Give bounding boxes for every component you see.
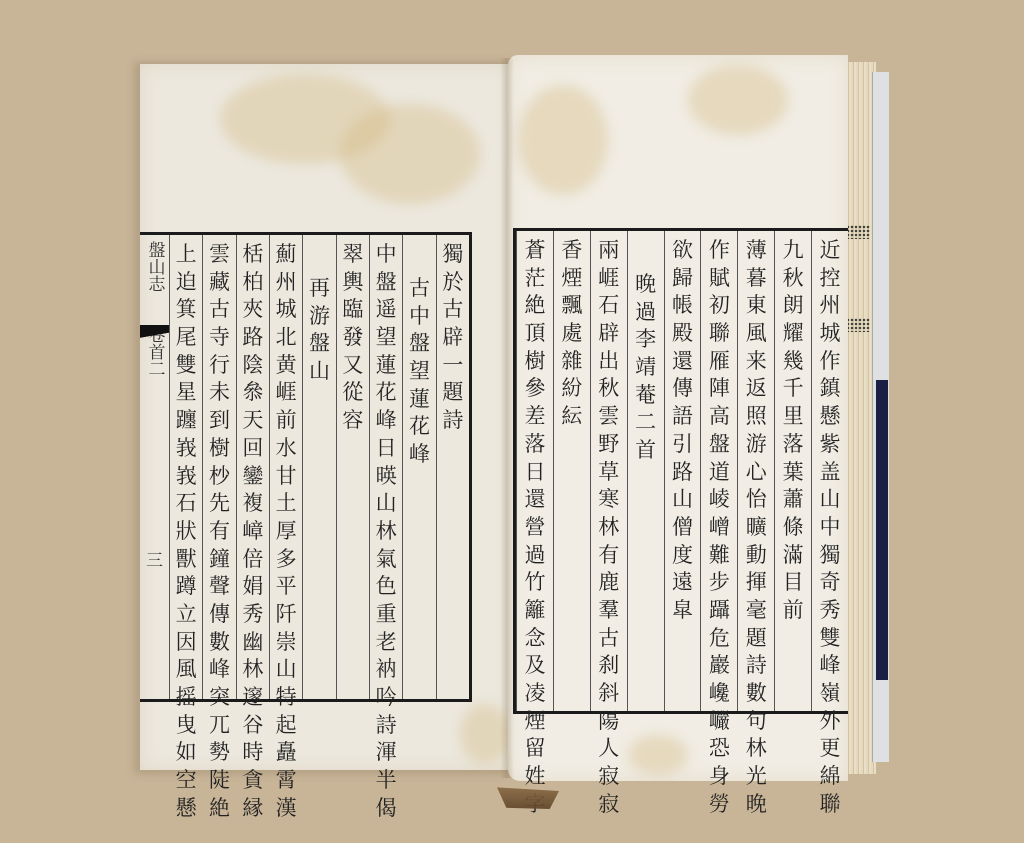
text-column: 兩崕石辟出秋雲野草寒林有鹿羣古刹斜陽人寂寂	[590, 231, 627, 711]
glyph: 絶	[203, 795, 235, 823]
glyph: 鑾	[237, 463, 269, 491]
glyph: 林	[591, 514, 627, 542]
glyph: 路	[665, 459, 701, 487]
glyph: 里	[775, 403, 811, 431]
glyph: 因	[170, 629, 202, 657]
glyph: 蓮	[403, 386, 435, 414]
glyph: 及	[517, 652, 553, 680]
glyph: 陣	[701, 375, 737, 403]
glyph: 日	[370, 435, 402, 463]
glyph: 身	[701, 763, 737, 791]
glyph: 作	[701, 237, 737, 265]
glyph: 草	[591, 459, 627, 487]
glyph: 漢	[270, 795, 302, 823]
glyph: 前	[775, 597, 811, 625]
glyph: 還	[517, 486, 553, 514]
glyph: 一	[437, 352, 469, 380]
glyph: 僧	[665, 514, 701, 542]
glyph: 古	[203, 296, 235, 324]
glyph: 詩	[738, 652, 774, 680]
glyph: 頂	[517, 320, 553, 348]
glyph: 詩	[370, 712, 402, 740]
glyph: 蕭	[775, 486, 811, 514]
glyph: 立	[170, 601, 202, 629]
glyph: 山	[665, 486, 701, 514]
glyph: 高	[701, 403, 737, 431]
glyph: 參	[517, 375, 553, 403]
left-text-frame: 盤山志 卷首二 三 獨於古辟一題詩古中盤望蓮花峰中盤遥望蓮花峰日暎山林氣色重老衲…	[140, 232, 472, 702]
glyph: 千	[775, 375, 811, 403]
glyph: 嶂	[237, 518, 269, 546]
glyph: 時	[237, 739, 269, 767]
glyph: 樹	[517, 348, 553, 376]
glyph: 縁	[237, 795, 269, 823]
glyph: 叅	[237, 379, 269, 407]
glyph: 歸	[665, 265, 701, 293]
glyph: 滿	[775, 542, 811, 570]
glyph: 秋	[591, 375, 627, 403]
glyph: 盤	[701, 431, 737, 459]
glyph: 二	[628, 409, 664, 437]
glyph: 怡	[738, 486, 774, 514]
glyph: 幾	[775, 348, 811, 376]
glyph: 凌	[517, 680, 553, 708]
glyph: 暮	[738, 265, 774, 293]
glyph: 人	[591, 735, 627, 763]
glyph: 崕	[591, 265, 627, 293]
glyph: 外	[812, 708, 848, 736]
glyph: 薊	[270, 241, 302, 269]
text-column: 古中盤望蓮花峰	[402, 235, 435, 699]
glyph: 辟	[591, 320, 627, 348]
glyph: 寂	[591, 791, 627, 819]
glyph: 紜	[554, 403, 590, 431]
glyph: 差	[517, 403, 553, 431]
glyph: 吟	[370, 684, 402, 712]
glyph: 有	[203, 518, 235, 546]
glyph: 九	[775, 237, 811, 265]
fishtail-mark	[140, 325, 169, 343]
glyph: 多	[270, 546, 302, 574]
glyph: 葉	[775, 459, 811, 487]
glyph: 雁	[701, 348, 737, 376]
glyph: 中	[403, 303, 435, 331]
glyph: 平	[270, 573, 302, 601]
glyph: 題	[738, 625, 774, 653]
page-number: 三	[146, 549, 163, 573]
glyph: 曠	[738, 514, 774, 542]
glyph: 陰	[237, 352, 269, 380]
glyph: 耀	[775, 320, 811, 348]
glyph: 初	[701, 292, 737, 320]
glyph: 近	[812, 237, 848, 265]
glyph: 嶒	[701, 514, 737, 542]
glyph: 州	[812, 292, 848, 320]
glyph: 恐	[701, 735, 737, 763]
glyph: 茫	[517, 265, 553, 293]
glyph: 中	[370, 241, 402, 269]
glyph: 陡	[203, 767, 235, 795]
glyph: 還	[665, 348, 701, 376]
glyph: 望	[370, 324, 402, 352]
glyph: 姓	[517, 763, 553, 791]
glyph: 鐘	[203, 546, 235, 574]
glyph: 獸	[170, 546, 202, 574]
text-column: 薊州城北黄崕前水甘土厚多平阡崇山特起矗霄漢	[269, 235, 302, 699]
glyph: 上	[170, 241, 202, 269]
glyph: 晚	[738, 791, 774, 819]
glyph: 皐	[665, 597, 701, 625]
glyph: 到	[203, 407, 235, 435]
text-column: 翠輿臨發又從容	[336, 235, 369, 699]
glyph: 半	[370, 767, 402, 795]
glyph: 翠	[337, 241, 369, 269]
glyph: 作	[812, 348, 848, 376]
glyph: 香	[554, 237, 590, 265]
glyph: 雜	[554, 348, 590, 376]
glyph: 林	[738, 735, 774, 763]
glyph: 傳	[203, 601, 235, 629]
glyph: 迫	[170, 269, 202, 297]
glyph: 土	[270, 490, 302, 518]
glyph: 有	[591, 542, 627, 570]
edge-ink-mark-fishtail	[846, 318, 870, 332]
blue-cover	[876, 380, 888, 680]
glyph: 古	[403, 275, 435, 303]
text-column: 蒼茫絶頂樹參差落日還營過竹籬念及凌煙留姓字	[516, 231, 553, 711]
glyph: 前	[270, 407, 302, 435]
glyph: 行	[203, 352, 235, 380]
glyph: 獨	[812, 542, 848, 570]
glyph: 控	[812, 265, 848, 293]
glyph: 巉	[701, 680, 737, 708]
glyph: 盤	[403, 330, 435, 358]
glyph: 巗	[701, 708, 737, 736]
glyph: 目	[775, 569, 811, 597]
glyph: 盤	[370, 269, 402, 297]
glyph: 薄	[738, 237, 774, 265]
glyph: 引	[665, 431, 701, 459]
glyph: 峰	[403, 441, 435, 469]
glyph: 偈	[370, 795, 402, 823]
glyph: 奇	[812, 569, 848, 597]
glyph: 發	[337, 324, 369, 352]
book-margin-column: 盤山志 卷首二 三	[140, 235, 169, 699]
glyph: 城	[812, 320, 848, 348]
glyph: 詩	[437, 407, 469, 435]
glyph: 秀	[237, 601, 269, 629]
text-column: 近控州城作鎮懸紫盖山中獨奇秀雙峰嶺外更綿聯	[811, 231, 848, 711]
glyph: 首	[628, 437, 664, 465]
glyph: 籬	[517, 597, 553, 625]
glyph: 東	[738, 292, 774, 320]
glyph: 山	[812, 486, 848, 514]
glyph: 晚	[628, 271, 664, 299]
glyph: 衲	[370, 656, 402, 684]
glyph: 藏	[203, 269, 235, 297]
glyph: 矗	[270, 739, 302, 767]
glyph: 菴	[628, 382, 664, 410]
glyph: 幽	[237, 629, 269, 657]
glyph: 靖	[628, 354, 664, 382]
glyph: 雲	[203, 241, 235, 269]
glyph: 勞	[701, 791, 737, 819]
glyph: 峰	[370, 407, 402, 435]
glyph: 石	[591, 292, 627, 320]
glyph: 霄	[270, 767, 302, 795]
glyph: 紫	[812, 431, 848, 459]
glyph: 帳	[665, 292, 701, 320]
glyph: 巖	[701, 652, 737, 680]
glyph: 難	[701, 542, 737, 570]
glyph: 聲	[203, 573, 235, 601]
glyph: 更	[812, 735, 848, 763]
glyph: 聯	[812, 791, 848, 819]
glyph: 倍	[237, 546, 269, 574]
glyph: 路	[237, 324, 269, 352]
glyph: 殿	[665, 320, 701, 348]
glyph: 題	[437, 379, 469, 407]
glyph: 過	[628, 299, 664, 327]
glyph: 尾	[170, 324, 202, 352]
glyph: 鹿	[591, 569, 627, 597]
glyph: 谷	[237, 712, 269, 740]
glyph: 道	[701, 459, 737, 487]
glyph: 崕	[270, 379, 302, 407]
glyph: 甘	[270, 463, 302, 491]
glyph: 返	[738, 375, 774, 403]
glyph: 回	[237, 435, 269, 463]
glyph: 數	[203, 629, 235, 657]
glyph: 突	[203, 684, 235, 712]
glyph: 刹	[591, 652, 627, 680]
text-column: 中盤遥望蓮花峰日暎山林氣色重老衲吟詩渾半偈	[369, 235, 402, 699]
glyph: 句	[738, 708, 774, 736]
text-column: 獨於古辟一題詩	[436, 235, 469, 699]
glyph: 絶	[517, 292, 553, 320]
glyph: 條	[775, 514, 811, 542]
glyph: 山	[303, 358, 335, 386]
glyph: 輿	[337, 269, 369, 297]
glyph: 懸	[812, 403, 848, 431]
glyph: 老	[370, 629, 402, 657]
glyph: 竹	[517, 569, 553, 597]
glyph: 摇	[170, 684, 202, 712]
glyph: 花	[403, 413, 435, 441]
glyph: 傳	[665, 375, 701, 403]
glyph: 樹	[203, 435, 235, 463]
glyph: 州	[270, 269, 302, 297]
book-gutter	[500, 58, 514, 778]
glyph: 先	[203, 490, 235, 518]
glyph: 飄	[554, 292, 590, 320]
glyph: 暎	[370, 463, 402, 491]
glyph: 游	[738, 431, 774, 459]
glyph: 嶺	[812, 680, 848, 708]
photo-scene: 盤山志 卷首二 三 獨於古辟一題詩古中盤望蓮花峰中盤遥望蓮花峰日暎山林氣色重老衲…	[0, 0, 1024, 843]
glyph: 度	[665, 542, 701, 570]
glyph: 羣	[591, 597, 627, 625]
glyph: 陽	[591, 708, 627, 736]
glyph: 盤	[303, 330, 335, 358]
glyph: 再	[303, 275, 335, 303]
glyph: 蹲	[170, 573, 202, 601]
glyph: 峩	[170, 463, 202, 491]
text-column: 薄暮東風来返照游心怡曠動揮毫題詩數句林光晚	[737, 231, 774, 711]
glyph: 雲	[591, 403, 627, 431]
glyph: 日	[517, 459, 553, 487]
glyph: 動	[738, 542, 774, 570]
text-column: 再游盤山	[302, 235, 335, 699]
glyph: 煙	[517, 708, 553, 736]
glyph: 煙	[554, 265, 590, 293]
glyph: 娟	[237, 573, 269, 601]
glyph: 山	[370, 490, 402, 518]
glyph: 遥	[370, 296, 402, 324]
glyph: 雙	[170, 352, 202, 380]
glyph: 柏	[237, 269, 269, 297]
glyph: 揮	[738, 569, 774, 597]
glyph: 風	[738, 320, 774, 348]
glyph: 山	[270, 656, 302, 684]
glyph: 賦	[701, 265, 737, 293]
glyph: 辟	[437, 324, 469, 352]
glyph: 邃	[237, 684, 269, 712]
glyph: 栝	[237, 241, 269, 269]
glyph: 崚	[701, 486, 737, 514]
glyph: 如	[170, 739, 202, 767]
glyph: 聯	[701, 320, 737, 348]
glyph: 狀	[170, 518, 202, 546]
glyph: 兀	[203, 712, 235, 740]
edge-ink-mark-top	[846, 225, 870, 239]
glyph: 懸	[170, 795, 202, 823]
glyph: 又	[337, 352, 369, 380]
text-column: 作賦初聯雁陣高盤道崚嶒難步躡危巖巉巗恐身勞	[700, 231, 737, 711]
glyph: 兩	[591, 237, 627, 265]
glyph: 秀	[812, 597, 848, 625]
glyph: 蒼	[517, 237, 553, 265]
glyph: 野	[591, 431, 627, 459]
glyph: 城	[270, 296, 302, 324]
glyph: 落	[775, 431, 811, 459]
glyph: 雙	[812, 625, 848, 653]
glyph: 危	[701, 625, 737, 653]
glyph: 臨	[337, 296, 369, 324]
glyph: 石	[170, 490, 202, 518]
glyph: 星	[170, 379, 202, 407]
glyph: 古	[437, 296, 469, 324]
glyph: 寂	[591, 763, 627, 791]
glyph: 數	[738, 680, 774, 708]
glyph: 重	[370, 601, 402, 629]
glyph: 念	[517, 625, 553, 653]
glyph: 中	[812, 514, 848, 542]
glyph: 光	[738, 763, 774, 791]
glyph: 起	[270, 712, 302, 740]
glyph: 出	[591, 348, 627, 376]
margin-title: 盤山志	[143, 241, 167, 292]
glyph: 勢	[203, 739, 235, 767]
glyph: 寺	[203, 324, 235, 352]
glyph: 複	[237, 490, 269, 518]
glyph: 杪	[203, 463, 235, 491]
glyph: 夾	[237, 296, 269, 324]
glyph: 照	[738, 403, 774, 431]
glyph: 風	[170, 656, 202, 684]
glyph: 寒	[591, 486, 627, 514]
glyph: 處	[554, 320, 590, 348]
text-column: 九秋朗耀幾千里落葉蕭條滿目前	[774, 231, 811, 711]
glyph: 古	[591, 625, 627, 653]
glyph: 曳	[170, 712, 202, 740]
glyph: 峰	[812, 652, 848, 680]
glyph: 語	[665, 403, 701, 431]
glyph: 秋	[775, 265, 811, 293]
glyph: 毫	[738, 597, 774, 625]
glyph: 色	[370, 573, 402, 601]
glyph: 紛	[554, 375, 590, 403]
glyph: 貪	[237, 767, 269, 795]
glyph: 来	[738, 348, 774, 376]
glyph: 林	[370, 518, 402, 546]
glyph: 容	[337, 407, 369, 435]
glyph: 朗	[775, 292, 811, 320]
glyph: 營	[517, 514, 553, 542]
glyph: 游	[303, 303, 335, 331]
glyph: 遠	[665, 569, 701, 597]
glyph: 心	[738, 459, 774, 487]
glyph: 斜	[591, 680, 627, 708]
glyph: 北	[270, 324, 302, 352]
glyph: 厚	[270, 518, 302, 546]
glyph: 獨	[437, 241, 469, 269]
glyph: 林	[237, 656, 269, 684]
glyph: 過	[517, 542, 553, 570]
text-column: 晚過李靖菴二首	[627, 231, 664, 711]
glyph: 空	[170, 767, 202, 795]
glyph: 綿	[812, 763, 848, 791]
right-text-frame: 近控州城作鎮懸紫盖山中獨奇秀雙峰嶺外更綿聯九秋朗耀幾千里落葉蕭條滿目前薄暮東風来…	[513, 228, 848, 714]
glyph: 躔	[170, 407, 202, 435]
glyph: 於	[437, 269, 469, 297]
glyph: 步	[701, 569, 737, 597]
glyph: 峰	[203, 656, 235, 684]
glyph: 阡	[270, 601, 302, 629]
glyph: 躡	[701, 597, 737, 625]
glyph: 氣	[370, 546, 402, 574]
glyph: 留	[517, 735, 553, 763]
glyph: 欲	[665, 237, 701, 265]
text-column: 上迫箕尾雙星躔峩峩石狀獸蹲立因風摇曳如空懸	[169, 235, 202, 699]
glyph: 特	[270, 684, 302, 712]
text-column: 香煙飄處雜紛紜	[553, 231, 590, 711]
glyph: 黄	[270, 352, 302, 380]
glyph: 水	[270, 435, 302, 463]
glyph: 未	[203, 379, 235, 407]
glyph: 崇	[270, 629, 302, 657]
text-column: 雲藏古寺行未到樹杪先有鐘聲傳數峰突兀勢陡絶	[202, 235, 235, 699]
text-column: 欲歸帳殿還傳語引路山僧度遠皐	[664, 231, 701, 711]
glyph: 落	[517, 431, 553, 459]
glyph: 峩	[170, 435, 202, 463]
glyph: 鎮	[812, 375, 848, 403]
glyph: 渾	[370, 739, 402, 767]
glyph: 從	[337, 379, 369, 407]
glyph: 箕	[170, 296, 202, 324]
glyph: 李	[628, 326, 664, 354]
glyph: 望	[403, 358, 435, 386]
